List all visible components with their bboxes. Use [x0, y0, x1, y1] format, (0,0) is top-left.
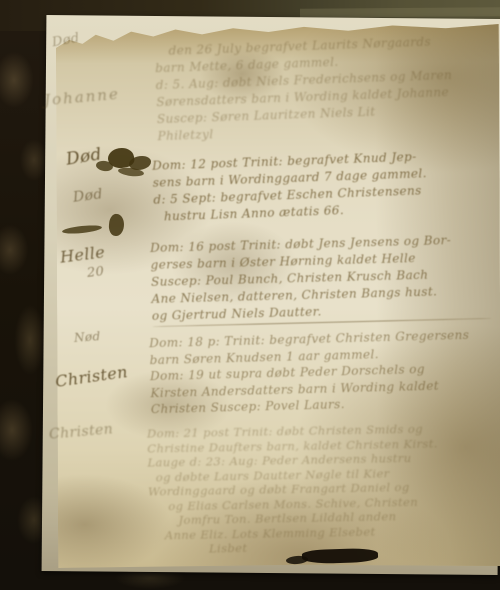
- margin-note: 20: [86, 264, 105, 281]
- register-entry: den 26 July begrafvet Laurits Nørgaards …: [154, 33, 454, 145]
- register-entry: Dom: 21 post Trinit: døbt Christen Smids…: [147, 421, 440, 557]
- register-entry: Dom: 16 post Trinit: døbt Jens Jensens o…: [150, 232, 453, 325]
- margin-note: Nød: [74, 329, 102, 345]
- cover-top-highlight: [300, 7, 500, 17]
- register-entry: Dom: 18 p: Trinit: begrafvet Christen Gr…: [149, 327, 471, 418]
- photograph-of-register-page: Død Johanne Død Død Helle 20 Nød Christe…: [0, 0, 500, 590]
- register-entry: Dom: 12 post Trinit: begrafvet Knud Jep-…: [152, 148, 428, 226]
